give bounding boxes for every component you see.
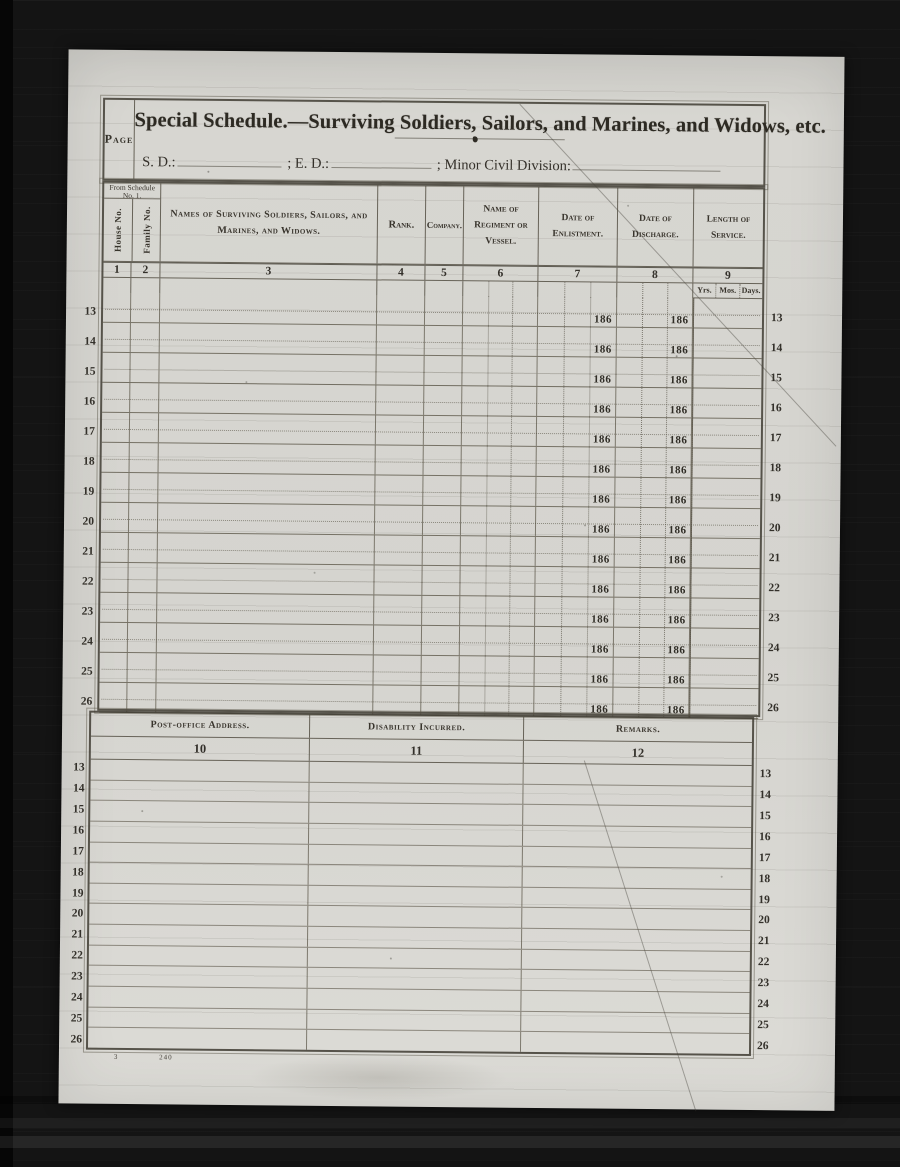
row-cell <box>103 323 131 352</box>
title-rule <box>395 138 565 141</box>
row-cell: 186 <box>615 538 691 568</box>
schedule-row-numbers-right: 1314151617181920212223242526 <box>764 297 792 717</box>
row-cell <box>90 780 309 802</box>
row-cell <box>521 991 749 1013</box>
row-cell <box>307 989 521 1011</box>
row-number: 23 <box>765 597 789 627</box>
row-cell <box>522 908 750 930</box>
row-number: 18 <box>63 862 86 883</box>
row-number: 17 <box>71 410 97 440</box>
row-number: 14 <box>768 327 792 357</box>
row-cell <box>523 784 751 806</box>
row-cell <box>461 476 536 506</box>
row-number: 25 <box>764 657 788 687</box>
column-number: 11 <box>310 739 524 763</box>
row-number: 19 <box>766 477 790 507</box>
row-cell <box>521 1012 749 1034</box>
row-cell <box>128 653 157 682</box>
row-cell: 186 <box>613 658 689 688</box>
row-cell <box>376 385 424 414</box>
year-prefix: 186 <box>665 554 690 566</box>
row-cell: 186 <box>536 537 615 567</box>
row-cell <box>373 685 421 714</box>
column-header-company: Company. <box>426 186 465 264</box>
row-number: 18 <box>767 447 791 477</box>
column-number: 4 <box>377 265 425 279</box>
row-cell <box>88 987 307 1009</box>
row-number: 18 <box>71 440 97 470</box>
row-number: 17 <box>767 417 791 447</box>
row-cell <box>690 598 691 627</box>
year-prefix: 186 <box>664 584 689 596</box>
row-cell <box>99 683 127 712</box>
row-cell: 186 <box>616 448 692 478</box>
row-cell <box>421 686 459 715</box>
row-cell <box>374 565 422 594</box>
row-cell <box>89 904 308 926</box>
row-cell <box>374 595 422 624</box>
column-number: 9 <box>693 268 762 283</box>
row-number: 16 <box>756 827 780 848</box>
plate-marks: 3 240 <box>114 1053 173 1062</box>
row-number: 20 <box>766 507 790 537</box>
sub-header-cell <box>617 283 693 299</box>
row-number: 17 <box>756 847 780 868</box>
ed-blank-field <box>331 154 431 169</box>
row-cell <box>158 533 375 564</box>
year-prefix: 186 <box>666 374 691 386</box>
year-prefix: 186 <box>587 673 613 685</box>
row-cell <box>100 623 128 652</box>
row-cell <box>129 473 158 502</box>
row-cell <box>422 596 460 625</box>
row-cell <box>102 413 130 442</box>
column-header-regiment: Name of Regiment or Vessel. <box>464 186 540 265</box>
row-cell <box>522 929 750 951</box>
row-number: 25 <box>69 650 95 680</box>
row-cell <box>425 326 463 355</box>
row-cell <box>88 1007 307 1029</box>
year-prefix: 186 <box>664 644 689 656</box>
column-number: 3 <box>160 263 377 279</box>
row-cell <box>159 353 376 384</box>
row-number: 21 <box>70 530 96 560</box>
address-table: Post-office Address. Disability Incurred… <box>86 711 754 1056</box>
row-cell <box>459 656 534 686</box>
yrs-mos-days-labels: Yrs. Mos. Days. <box>693 283 762 299</box>
row-cell <box>309 844 523 866</box>
column-header-names: Names of Surviving Soldiers, Sailors, an… <box>161 183 379 263</box>
row-cell: 186 <box>616 358 692 388</box>
address-row-numbers-left: 1314151617181920212223242526 <box>61 757 87 1049</box>
sub-header-service: Yrs. Mos. Days. <box>693 283 762 299</box>
row-number: 26 <box>754 1035 778 1056</box>
row-cell <box>157 623 374 654</box>
row-cell <box>463 326 538 356</box>
row-cell <box>373 655 421 684</box>
year-prefix: 186 <box>589 433 615 445</box>
year-prefix: 186 <box>586 703 612 715</box>
row-cell: 186 <box>535 567 614 597</box>
sd-blank-field <box>178 152 282 167</box>
mos-label: Mos. <box>716 284 739 298</box>
row-number: 19 <box>70 470 96 500</box>
row-number: 26 <box>68 680 94 710</box>
row-cell: 186 <box>534 687 613 717</box>
row-number: 23 <box>755 973 779 994</box>
from-schedule-label: From Schedule No. 1. <box>104 183 160 200</box>
row-cell <box>130 353 159 382</box>
column-header-enlistment: Date of Enlistment. <box>539 187 619 266</box>
row-cell <box>309 824 523 846</box>
row-number: 14 <box>63 778 86 799</box>
row-number: 24 <box>754 994 778 1015</box>
row-cell <box>462 386 537 416</box>
sub-header-cell <box>103 278 131 293</box>
row-cell <box>90 801 309 823</box>
year-prefix: 186 <box>666 404 691 416</box>
row-number: 13 <box>768 297 792 327</box>
year-prefix: 186 <box>587 643 613 655</box>
row-cell <box>128 563 157 592</box>
row-number: 25 <box>754 1014 778 1035</box>
row-cell <box>424 446 462 475</box>
year-prefix: 186 <box>590 313 616 325</box>
row-cell: 186 <box>614 598 690 628</box>
row-cell <box>375 535 423 564</box>
scan-band <box>0 1136 900 1148</box>
year-prefix: 186 <box>664 674 689 686</box>
row-number: 24 <box>61 987 84 1008</box>
row-number: 19 <box>62 883 85 904</box>
row-cell <box>308 948 522 970</box>
row-cell <box>423 506 461 535</box>
row-number: 20 <box>755 910 779 931</box>
year-prefix: 186 <box>588 523 614 535</box>
division-line: S. D.: ; E. D.: ; Minor Civil Division: <box>142 152 820 178</box>
page-label-cell: Page <box>104 100 134 179</box>
row-cell <box>308 968 522 990</box>
row-cell <box>90 822 309 844</box>
row-cell <box>157 653 374 684</box>
row-cell <box>129 503 158 532</box>
column-header-rank: Rank. <box>378 185 427 263</box>
row-cell <box>523 846 751 868</box>
column-number: 8 <box>617 268 693 283</box>
row-cell: 186 <box>615 508 691 538</box>
row-cell: 186 <box>617 298 693 328</box>
column-header-disability: Disability Incurred. <box>310 715 524 740</box>
form-title: Special Schedule.—Surviving Soldiers, Sa… <box>134 109 826 139</box>
row-cell <box>160 323 377 354</box>
column-number: 7 <box>538 267 617 282</box>
row-cell <box>376 415 424 444</box>
row-number: 20 <box>62 903 85 924</box>
row-cell <box>158 473 375 504</box>
address-table-body <box>88 760 752 1054</box>
scanner-background: Page Special Schedule.—Surviving Soldier… <box>0 0 900 1167</box>
row-cell: 186 <box>535 597 614 627</box>
row-number: 26 <box>764 687 788 717</box>
row-cell: 186 <box>538 297 617 327</box>
row-cell <box>130 383 159 412</box>
column-number: 10 <box>91 737 310 761</box>
row-cell <box>157 563 374 594</box>
row-number: 19 <box>755 889 779 910</box>
row-cell: 186 <box>536 477 615 507</box>
row-cell: 186 <box>614 568 690 598</box>
row-cell <box>131 293 160 322</box>
row-cell <box>89 966 308 988</box>
row-cell <box>90 842 309 864</box>
row-cell <box>130 443 159 472</box>
row-number: 14 <box>72 320 98 350</box>
row-cell <box>690 628 691 657</box>
yrs-label: Yrs. <box>693 283 715 297</box>
row-number: 16 <box>767 387 791 417</box>
row-cell <box>691 538 692 567</box>
year-prefix: 186 <box>665 494 690 506</box>
row-cell <box>309 803 523 825</box>
row-cell <box>521 1032 749 1054</box>
row-number: 24 <box>69 620 95 650</box>
row-cell <box>102 443 130 472</box>
row-cell <box>522 970 750 992</box>
row-cell <box>422 566 460 595</box>
column-header-service: Length of Service. <box>694 188 764 267</box>
page-label: Page <box>105 132 134 147</box>
row-number: 22 <box>69 560 95 590</box>
row-cell <box>101 503 129 532</box>
row-cell <box>89 925 308 947</box>
row-number: 23 <box>69 590 95 620</box>
row-cell <box>461 506 536 536</box>
row-cell: 186 <box>537 357 616 387</box>
row-cell <box>310 762 524 784</box>
row-cell <box>693 298 694 327</box>
column-header-family-no: Family No. <box>132 199 161 261</box>
row-cell <box>423 476 461 505</box>
row-cell <box>159 413 376 444</box>
row-cell <box>130 413 159 442</box>
row-cell <box>100 593 128 622</box>
row-cell <box>157 593 374 624</box>
sd-label: S. D.: <box>142 154 176 170</box>
row-cell <box>689 658 690 687</box>
row-cell <box>523 867 751 889</box>
column-number: 6 <box>463 266 538 281</box>
row-cell: 186 <box>537 447 616 477</box>
row-cell <box>100 653 128 682</box>
row-number: 15 <box>63 799 86 820</box>
row-number: 25 <box>61 1008 84 1029</box>
row-cell <box>523 805 751 827</box>
row-number: 18 <box>756 868 780 889</box>
row-number: 20 <box>70 500 96 530</box>
year-prefix: 186 <box>589 403 615 415</box>
row-cell <box>422 626 460 655</box>
year-prefix: 186 <box>589 373 615 385</box>
row-cell <box>90 863 309 885</box>
schedule-table-body: 1861861861861861861861861861861861861861… <box>99 293 762 719</box>
row-cell <box>307 1030 521 1052</box>
sub-header-cell <box>463 281 538 297</box>
row-cell <box>524 764 752 786</box>
year-prefix: 186 <box>590 343 616 355</box>
row-cell <box>129 533 158 562</box>
row-cell <box>462 356 537 386</box>
sub-header-cell <box>538 282 617 298</box>
row-cell: 186 <box>613 688 689 718</box>
row-number: 17 <box>63 841 86 862</box>
row-number: 13 <box>757 764 781 785</box>
row-number: 26 <box>61 1029 84 1050</box>
column-header-discharge: Date of Discharge. <box>618 188 695 267</box>
row-number: 22 <box>755 952 779 973</box>
row-cell <box>101 533 129 562</box>
row-cell: 186 <box>614 628 690 658</box>
row-cell <box>377 325 425 354</box>
year-prefix: 186 <box>666 434 691 446</box>
row-cell <box>308 886 522 908</box>
row-cell <box>160 293 377 324</box>
row-cell <box>102 383 130 412</box>
row-cell <box>421 656 459 685</box>
row-cell <box>128 593 157 622</box>
row-cell <box>159 443 376 474</box>
row-number: 13 <box>72 290 98 320</box>
row-cell <box>308 906 522 928</box>
year-prefix: 186 <box>588 553 614 565</box>
row-cell: 186 <box>535 627 614 657</box>
row-cell <box>423 536 461 565</box>
row-cell <box>425 296 463 325</box>
row-number: 16 <box>63 820 86 841</box>
schedule-table: From Schedule No. 1. House No. Family No… <box>97 181 765 717</box>
row-cell <box>89 884 308 906</box>
row-cell <box>424 416 462 445</box>
row-cell <box>159 383 376 414</box>
year-prefix: 186 <box>589 463 615 475</box>
days-label: Days. <box>739 284 762 298</box>
row-number: 21 <box>755 931 779 952</box>
row-cell <box>102 353 130 382</box>
row-cell: 186 <box>538 327 617 357</box>
scanned-document-page: Page Special Schedule.—Surviving Soldier… <box>58 49 844 1110</box>
film-edge <box>0 0 13 1167</box>
row-cell <box>100 563 128 592</box>
row-cell <box>103 293 131 322</box>
row-number: 22 <box>765 567 789 597</box>
title-area: Special Schedule.—Surviving Soldiers, Sa… <box>134 100 826 186</box>
row-number: 24 <box>765 627 789 657</box>
row-cell <box>91 760 310 782</box>
row-cell: 186 <box>536 507 615 537</box>
row-cell <box>309 782 523 804</box>
row-cell <box>461 536 536 566</box>
form-header: Page Special Schedule.—Surviving Soldier… <box>102 98 766 187</box>
row-cell <box>460 596 535 626</box>
row-cell <box>156 683 373 714</box>
row-number: 13 <box>64 757 87 778</box>
from-schedule-group: From Schedule No. 1. House No. Family No… <box>104 183 162 262</box>
row-cell <box>691 478 692 507</box>
column-header-house-no: House No. <box>104 199 133 261</box>
row-cell <box>127 683 156 712</box>
row-number: 23 <box>62 966 85 987</box>
row-cell <box>692 388 693 417</box>
row-cell <box>459 686 534 716</box>
row-cell <box>522 950 750 972</box>
sub-header-cell <box>131 278 160 293</box>
row-cell <box>131 323 160 352</box>
row-cell <box>691 508 692 537</box>
row-cell <box>462 446 537 476</box>
sub-header-cell <box>377 280 425 295</box>
house-family-cells: House No. Family No. <box>104 199 161 262</box>
row-number: 14 <box>756 785 780 806</box>
row-cell <box>424 356 462 385</box>
year-prefix: 186 <box>667 344 692 356</box>
row-number: 21 <box>766 537 790 567</box>
row-number: 16 <box>71 380 97 410</box>
scan-band <box>0 1118 900 1128</box>
row-cell <box>692 418 693 447</box>
row-cell <box>309 865 523 887</box>
sub-header-cell <box>425 281 463 296</box>
row-cell <box>460 566 535 596</box>
row-cell: 186 <box>617 328 693 358</box>
column-header-post-office: Post-office Address. <box>91 713 310 738</box>
plate-mark: 240 <box>159 1053 173 1061</box>
year-prefix: 186 <box>667 314 692 326</box>
row-cell <box>375 505 423 534</box>
year-prefix: 186 <box>587 613 613 625</box>
row-cell <box>690 568 691 597</box>
row-cell <box>424 386 462 415</box>
row-cell <box>693 328 694 357</box>
row-cell <box>377 295 425 324</box>
column-number: 12 <box>524 741 752 765</box>
row-cell <box>691 448 692 477</box>
column-number: 5 <box>425 266 463 280</box>
column-number: 2 <box>131 263 160 277</box>
row-number: 22 <box>62 945 85 966</box>
year-prefix: 186 <box>588 493 614 505</box>
row-cell <box>692 358 693 387</box>
row-cell <box>158 503 375 534</box>
year-prefix: 186 <box>587 583 613 595</box>
row-cell: 186 <box>534 657 613 687</box>
row-cell <box>128 623 157 652</box>
row-number: 15 <box>767 357 791 387</box>
row-number: 15 <box>756 806 780 827</box>
year-prefix: 186 <box>665 524 690 536</box>
column-number: 1 <box>103 263 131 277</box>
year-prefix: 186 <box>664 614 689 626</box>
row-cell <box>89 945 308 967</box>
ed-label: ; E. D.: <box>287 156 329 172</box>
year-prefix: 186 <box>666 464 691 476</box>
row-cell: 186 <box>615 478 691 508</box>
row-cell <box>376 445 424 474</box>
row-cell <box>88 1028 307 1050</box>
row-cell <box>460 626 535 656</box>
row-cell <box>523 826 751 848</box>
mcd-label: ; Minor Civil Division: <box>437 157 571 174</box>
address-row-numbers-right: 1314151617181920212223242526 <box>754 764 781 1056</box>
row-cell <box>462 416 537 446</box>
